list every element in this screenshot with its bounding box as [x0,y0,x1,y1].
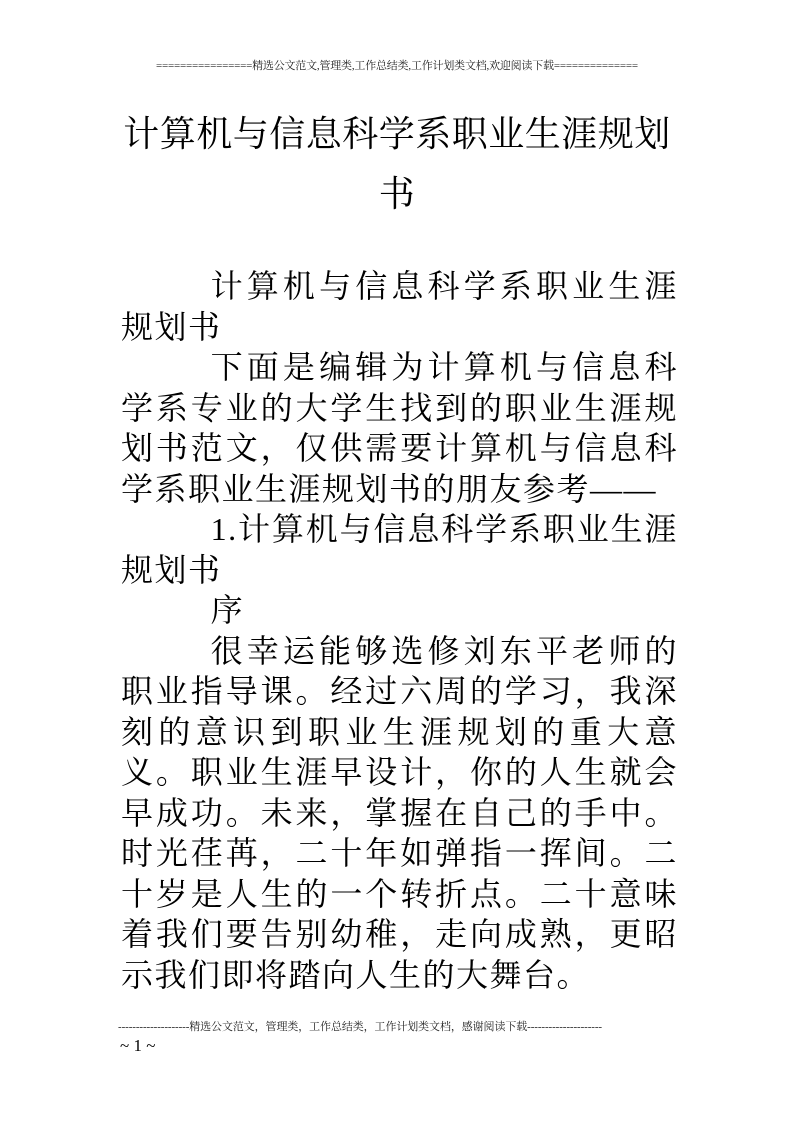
page-header-banner: ================精选公文范文,管理类,工作总结类,工作计划类文档… [118,58,676,74]
document-title: 计算机与信息科学系职业生涯规划书 [118,104,676,224]
page-number: ~ 1 ~ [120,1035,155,1057]
section-heading: 1.计算机与信息科学系职业生涯规划书 [121,509,678,590]
document-body: 计算机与信息科学系职业生涯规划书 下面是编辑为计算机与信息科学系专业的大学生找到… [121,266,678,995]
preface-heading: 序 [121,590,678,631]
subtitle-paragraph: 计算机与信息科学系职业生涯规划书 [121,266,678,347]
preface-paragraph: 很幸运能够选修刘东平老师的职业指导课。经过六周的学习，我深刻的意识到职业生涯规划… [121,631,678,996]
intro-paragraph: 下面是编辑为计算机与信息科学系专业的大学生找到的职业生涯规划书范文，仅供需要计算… [121,347,678,509]
page-footer-banner: --------------------精选公文范文，管理类，工作总结类，工作计… [118,1020,658,1034]
